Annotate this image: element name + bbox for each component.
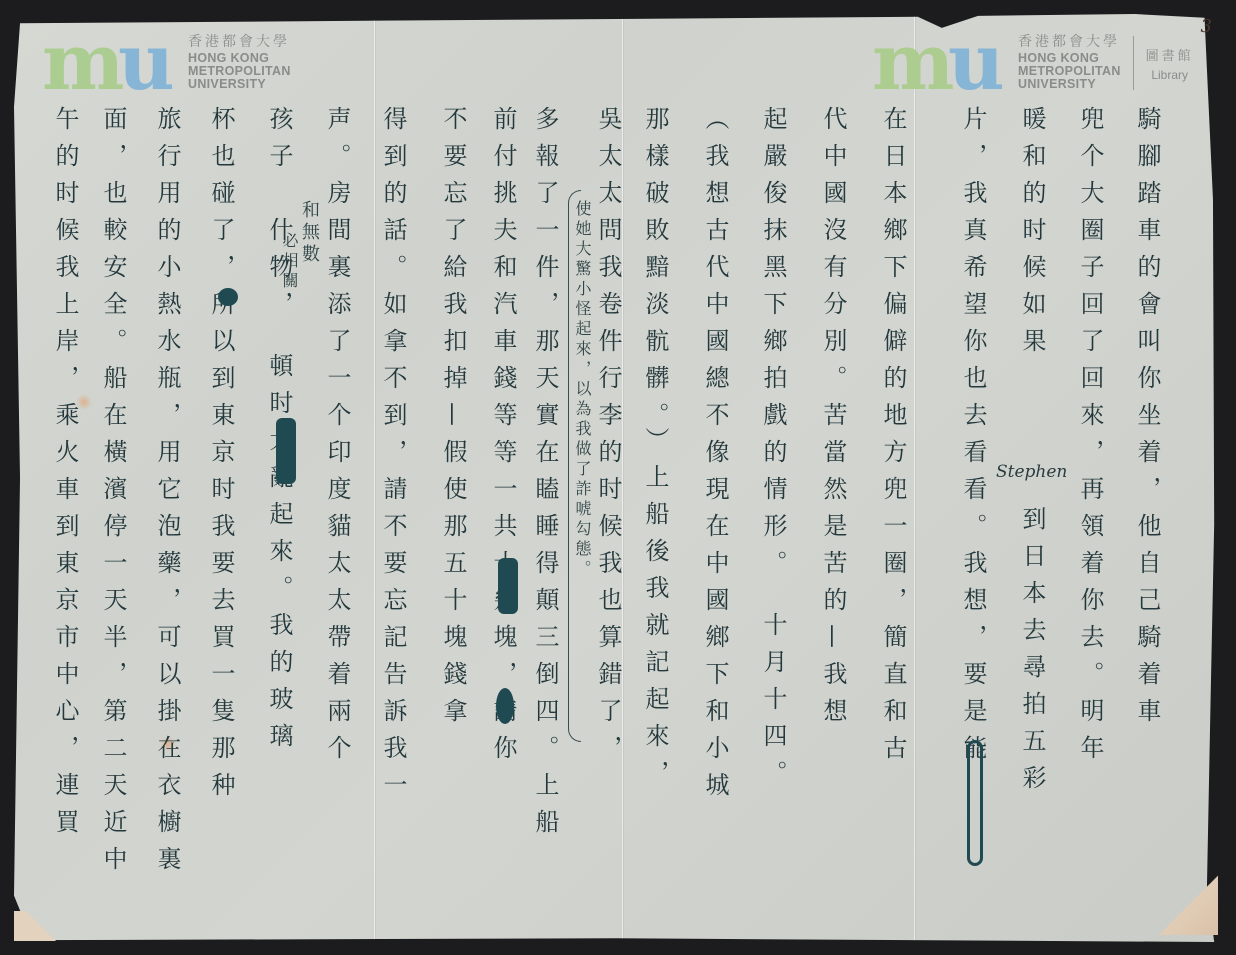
text-column-17: 杯也碰了，所以到東京时我要去買一隻那种 bbox=[206, 106, 236, 809]
ink-blot bbox=[498, 558, 518, 614]
ink-blot bbox=[496, 688, 514, 724]
text-column-15: 声。房間裏添了一个印度貓太太帶着兩个 bbox=[322, 106, 352, 772]
library-label: 圖書館 Library bbox=[1146, 45, 1194, 82]
inline-latin-name: Stephen bbox=[996, 462, 1067, 482]
logo-divider bbox=[1133, 36, 1134, 90]
hkmu-logo-right: m u 香港都會大學 HONG KONG METROPOLITAN UNIVER… bbox=[872, 34, 1194, 92]
text-column-9: 那樣破敗黯淡骯髒。）上船後我就記起來， bbox=[640, 106, 670, 797]
text-column-4: 片，我真希望你也去看看。我想，要是能 bbox=[958, 106, 988, 772]
text-column-13: 不要忘了給我扣掉—假使那五十塊錢拿 bbox=[438, 106, 468, 735]
logo-en-3: UNIVERSITY bbox=[188, 78, 291, 91]
ink-blot bbox=[276, 418, 296, 484]
logo-zh: 香港都會大學 bbox=[1018, 35, 1121, 49]
logo-mark: m bbox=[872, 34, 949, 92]
logo-mark: m bbox=[42, 34, 119, 92]
inserted-note: 使她大驚小怪起來，以為我做了詐唬勾態。 bbox=[573, 200, 591, 580]
logo-text: 香港都會大學 HONG KONG METROPOLITAN UNIVERSITY bbox=[188, 35, 291, 91]
inserted-note: 和無數 bbox=[300, 200, 318, 266]
text-column-1: 騎腳踏車的會叫你坐着，他自己騎着車 bbox=[1132, 106, 1162, 735]
ink-blot bbox=[218, 288, 238, 306]
text-column-3b: 到日本去尋拍五彩 bbox=[1017, 506, 1047, 802]
logo-text: 香港都會大學 HONG KONG METROPOLITAN UNIVERSITY bbox=[1018, 35, 1121, 91]
logo-zh: 香港都會大學 bbox=[188, 35, 291, 49]
text-column-2: 兜个大圈子回了回來，再領着你去。明年 bbox=[1075, 106, 1105, 772]
library-zh: 圖書館 bbox=[1146, 45, 1194, 64]
text-column-8: （我想古代中國總不像現在中國鄉下和小城 bbox=[700, 106, 730, 809]
logo-mark-u: u bbox=[948, 34, 1005, 92]
text-column-20: 午的时候我上岸，乘火車到東京市中心，連買 bbox=[50, 106, 80, 846]
text-column-3a: 暖和的时候如果 bbox=[1017, 106, 1047, 365]
text-column-18: 旅行用的小熱水瓶，用它泡藥，可以掛在衣櫥裏 bbox=[152, 106, 182, 883]
text-column-14: 得到的話。如拿不到，請不要忘記告訴我一 bbox=[378, 106, 408, 809]
mu-logo-icon: m u bbox=[872, 34, 1012, 92]
page-number: 3 bbox=[1201, 16, 1212, 37]
library-en: Library bbox=[1146, 68, 1194, 82]
strikeout-mark bbox=[967, 740, 983, 866]
fold-line bbox=[914, 14, 915, 942]
text-column-7: 起嚴俊抹黑下鄉拍戲的情形。 十月十四。 bbox=[758, 106, 788, 797]
text-column-6: 代中國沒有分別。苦當然是苦的—我想 bbox=[818, 106, 848, 735]
text-column-19: 面，也較安全。船在橫濱停一天半，第二天近中 bbox=[98, 106, 128, 883]
text-column-10: 吳太太問我卷件行李的时候我也算錯了， bbox=[593, 106, 623, 772]
hkmu-logo-left: m u 香港都會大學 HONG KONG METROPOLITAN UNIVER… bbox=[42, 34, 291, 92]
text-column-12: 前付挑夫和汽車錢等等一共十幾塊，請你 bbox=[488, 106, 518, 772]
text-column-11: 多報了一件，那天實在瞌睡得顛三倒四。上船 bbox=[530, 106, 560, 846]
fold-line bbox=[374, 14, 375, 942]
inserted-note: 必相關 bbox=[280, 232, 298, 292]
logo-mark-u: u bbox=[118, 34, 175, 92]
torn-corner bbox=[14, 911, 69, 941]
text-column-5: 在日本鄉下偏僻的地方兜一圈，簡直和古 bbox=[878, 106, 908, 772]
torn-corner bbox=[1158, 875, 1218, 935]
logo-en-3: UNIVERSITY bbox=[1018, 78, 1121, 91]
mu-logo-icon: m u bbox=[42, 34, 182, 92]
